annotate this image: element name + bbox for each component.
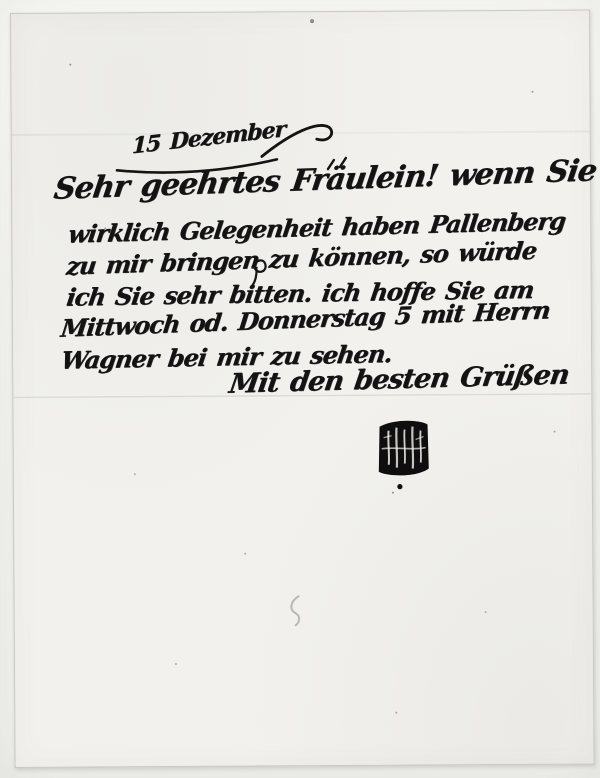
- scanned-letter-photo: 15 Dezember Sehr geehrtes Fräulein! wenn…: [0, 0, 600, 778]
- fold-crease-faint: [12, 130, 590, 136]
- paper-speckles: [11, 14, 13, 16]
- monogram-stamp-icon: [369, 417, 437, 495]
- letter-salutation-line: Sehr geehrtes Fräulein! wenn Sie: [52, 153, 599, 207]
- letter-paper: 15 Dezember Sehr geehrtes Fräulein! wenn…: [10, 9, 595, 768]
- letter-date: 15 Dezember: [131, 116, 285, 159]
